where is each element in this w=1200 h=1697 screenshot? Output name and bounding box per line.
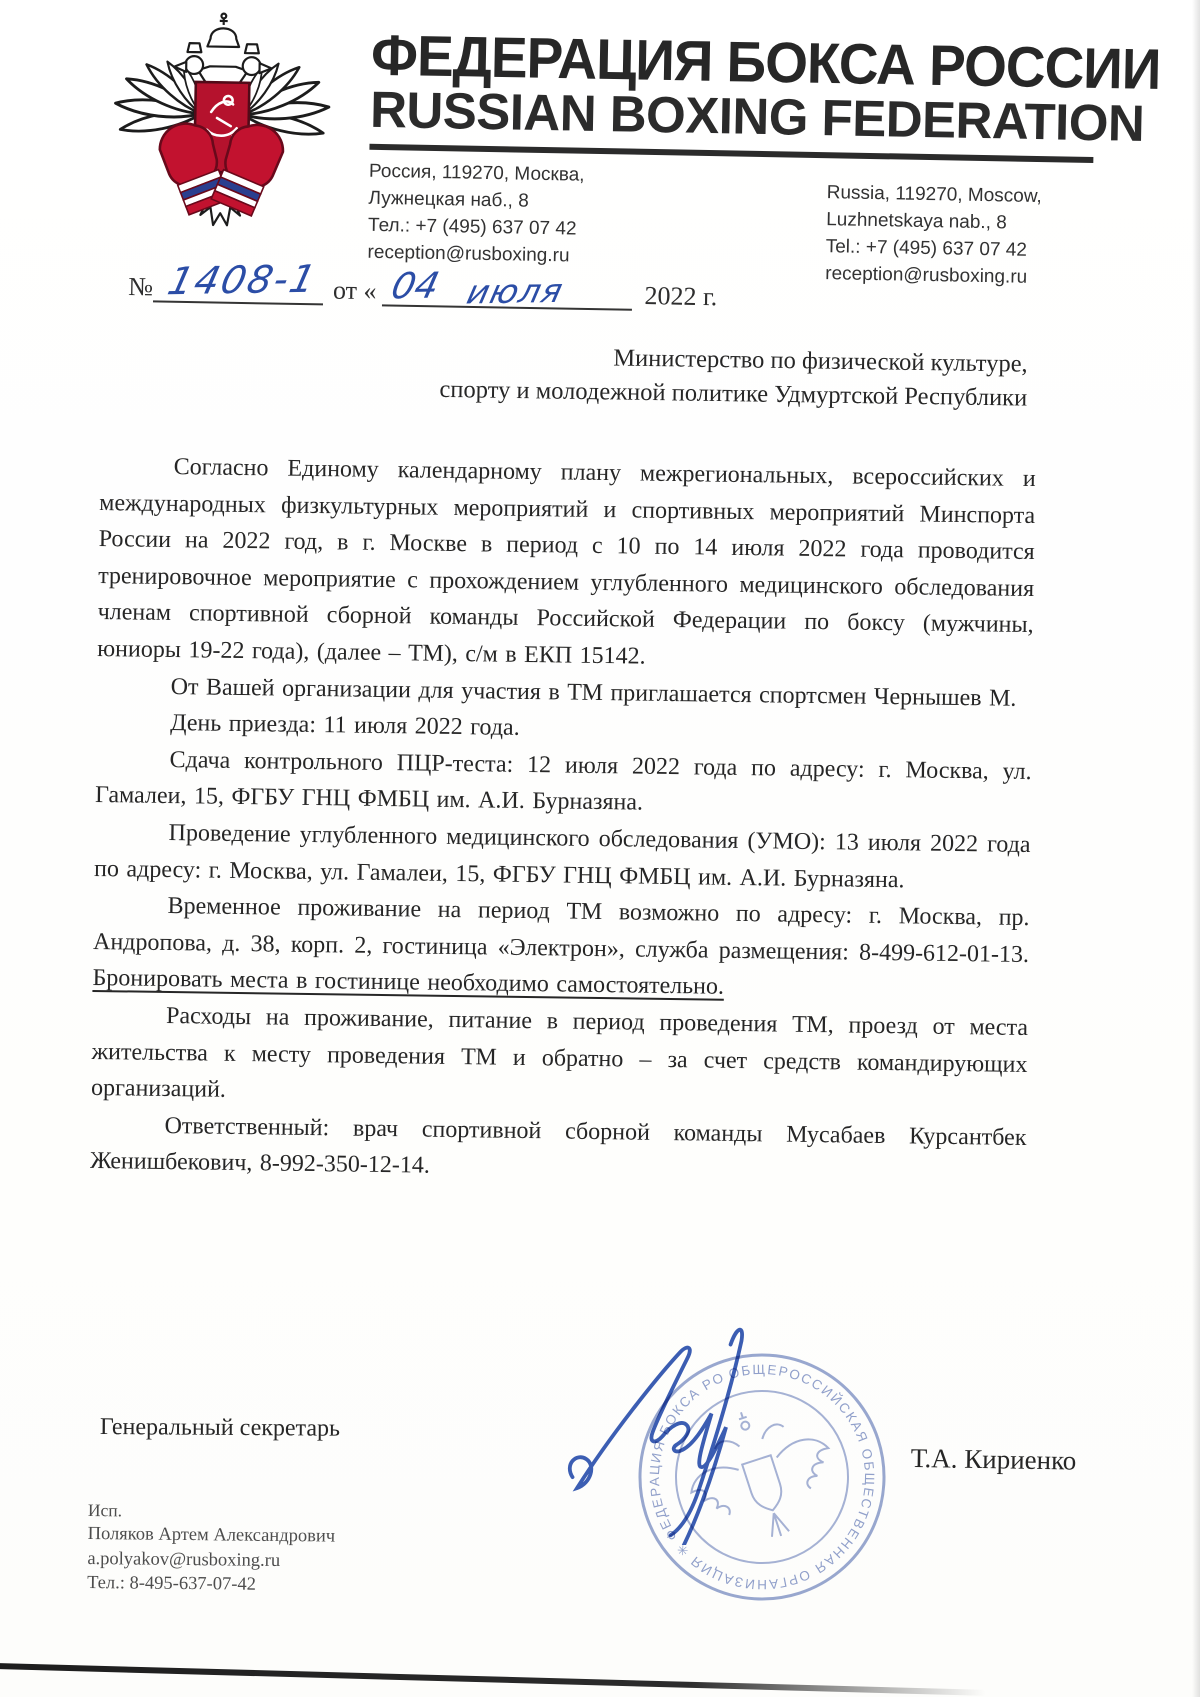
executor-block: Исп. Поляков Артем Александрович a.polya…: [87, 1499, 335, 1598]
signer-name: Т.А. Кириенко: [911, 1443, 1077, 1477]
handwritten-month: июля: [464, 271, 568, 311]
paragraph-pcr-test: Сдача контрольного ПЦР-теста: 12 июля 20…: [95, 741, 1032, 827]
org-title-ru: ФЕДЕРАЦИЯ БОКСА РОССИИ: [371, 26, 1161, 99]
handwritten-day: 04: [388, 266, 444, 308]
svg-text:ОБЩЕРОССИЙСКАЯ ОБЩЕСТВЕННАЯ ОР: ОБЩЕРОССИЙСКАЯ ОБЩЕСТВЕННАЯ ОРГАНИЗАЦИЯ …: [630, 1345, 894, 1609]
address-line: Tel.: +7 (495) 637 07 42: [825, 234, 1041, 265]
paragraph-calendar-plan: Согласно Единому календарному плану межр…: [97, 448, 1036, 681]
executor-phone: Тел.: 8-495-637-07-42: [87, 1571, 335, 1598]
stamp-rim-text: ОБЩЕРОССИЙСКАЯ ОБЩЕСТВЕННАЯ ОРГАНИЗАЦИЯ …: [630, 1345, 894, 1609]
paragraph-expenses: Расходы на проживание, питание в период …: [91, 997, 1028, 1120]
boxing-federation-emblem-icon: [106, 6, 338, 234]
address-line: reception@rusboxing.ru: [825, 261, 1041, 292]
signer-position-title: Генеральный секретарь: [100, 1414, 340, 1471]
address-en: Russia, 119270, Moscow, Luzhnetskaya nab…: [825, 180, 1042, 292]
executor-email: a.polyakov@rusboxing.ru: [87, 1546, 335, 1573]
paragraph-accommodation: Временное проживание на период ТМ возмож…: [92, 887, 1029, 1010]
address-line: Russia, 119270, Moscow,: [826, 180, 1042, 211]
reference-number-line: № 1408-1 от « 04 июля 2022 г.: [128, 258, 718, 312]
number-sign-label: №: [128, 272, 153, 302]
accommodation-text: Временное проживание на период ТМ возмож…: [93, 893, 1030, 968]
outgoing-number-field: 1408-1: [153, 258, 324, 305]
scan-edge-shadow: [1192, 0, 1200, 1697]
date-field: 04 июля: [382, 262, 633, 310]
accommodation-underlined-note: Бронировать места в гостинице необходимо…: [92, 965, 724, 1000]
organization-round-stamp: ОБЩЕРОССИЙСКАЯ ОБЩЕСТВЕННАЯ ОРГАНИЗАЦИЯ …: [630, 1345, 894, 1609]
recipient-block: Министерство по физической культуре, спо…: [379, 338, 1028, 416]
from-label: от «: [333, 276, 377, 307]
letter-body: Согласно Единому календарному плану межр…: [90, 448, 1036, 1193]
executor-label: Исп.: [88, 1499, 336, 1525]
executor-name: Поляков Артем Александрович: [88, 1522, 336, 1549]
scanned-letter-page: ФЕДЕРАЦИЯ БОКСА РОССИИ RUSSIAN BOXING FE…: [0, 0, 1200, 1697]
paragraph-responsible-person: Ответственный: врач спортивной сборной к…: [90, 1107, 1027, 1193]
scan-artifact-line: [0, 1663, 986, 1696]
address-line: Luzhnetskaya nab., 8: [826, 207, 1042, 238]
year-label: 2022 г.: [644, 281, 717, 312]
paragraph-medical-exam: Проведение углубленного медицинского обс…: [94, 814, 1031, 900]
handwritten-number: 1408-1: [163, 257, 321, 303]
letterhead: ФЕДЕРАЦИЯ БОКСА РОССИИ RUSSIAN BOXING FE…: [105, 6, 1161, 294]
letterhead-text: ФЕДЕРАЦИЯ БОКСА РОССИИ RUSSIAN BOXING FE…: [367, 11, 1161, 294]
